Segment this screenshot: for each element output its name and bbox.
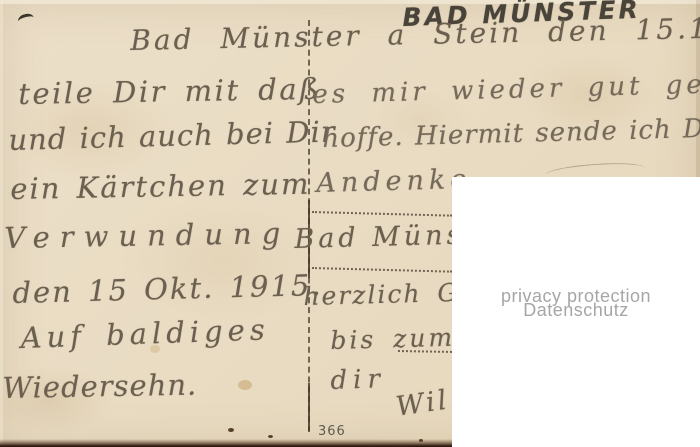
handwriting-line-right-5: herzlich G <box>303 278 460 311</box>
postcard-scan: BAD MÜNSTER Bad Münster a Stein den 15.1… <box>0 0 700 447</box>
handwriting-line-left-2: und ich auch bei Dir <box>8 114 336 157</box>
serial-number: 366 <box>318 424 346 439</box>
handwriting-line-right-1: es mir wieder gut geht <box>312 69 700 110</box>
divider-line-segment <box>308 383 310 431</box>
handwriting-line-right-4: Bad Müns <box>294 220 465 255</box>
handwriting-line-left-6: Auf baldiges <box>20 312 270 355</box>
ink-fleck <box>419 439 423 442</box>
address-line <box>312 267 452 273</box>
handwriting-line-right-7: dir <box>330 364 386 396</box>
paper-stain <box>238 380 252 390</box>
privacy-overlay-text-de: Datenschutz <box>452 301 700 319</box>
paper-edge-bottom <box>0 439 453 447</box>
handwriting-line-left-1: teile Dir mit daß <box>18 72 321 111</box>
handwriting-line-left-4: Verwundung <box>4 216 291 255</box>
handwriting-line-left-7: Wiedersehn. <box>2 368 198 405</box>
privacy-overlay: privacy protection Datenschutz <box>452 177 700 447</box>
privacy-overlay-text: privacy protection Datenschutz <box>452 287 700 319</box>
handwriting-line-left-3: ein Kärtchen zum <box>10 167 311 206</box>
ink-fleck <box>228 428 234 432</box>
ink-fleck <box>268 435 273 438</box>
paper-stain <box>150 345 160 353</box>
handwriting-line-right-2: hoffe. Hiermit sende ich Dir <box>322 113 700 154</box>
handwriting-line-right-3: Andenke <box>316 164 472 199</box>
handwriting-line-left-5: den 15 Okt. 1915. <box>12 268 323 310</box>
handwriting-signature: Wil <box>394 385 451 423</box>
ink-mark <box>17 12 35 27</box>
address-line <box>312 211 452 217</box>
handwriting-line-right-6: bis zum <box>330 323 455 355</box>
dateline: Bad Münster a Stein den 15.10.15 <box>130 10 700 57</box>
